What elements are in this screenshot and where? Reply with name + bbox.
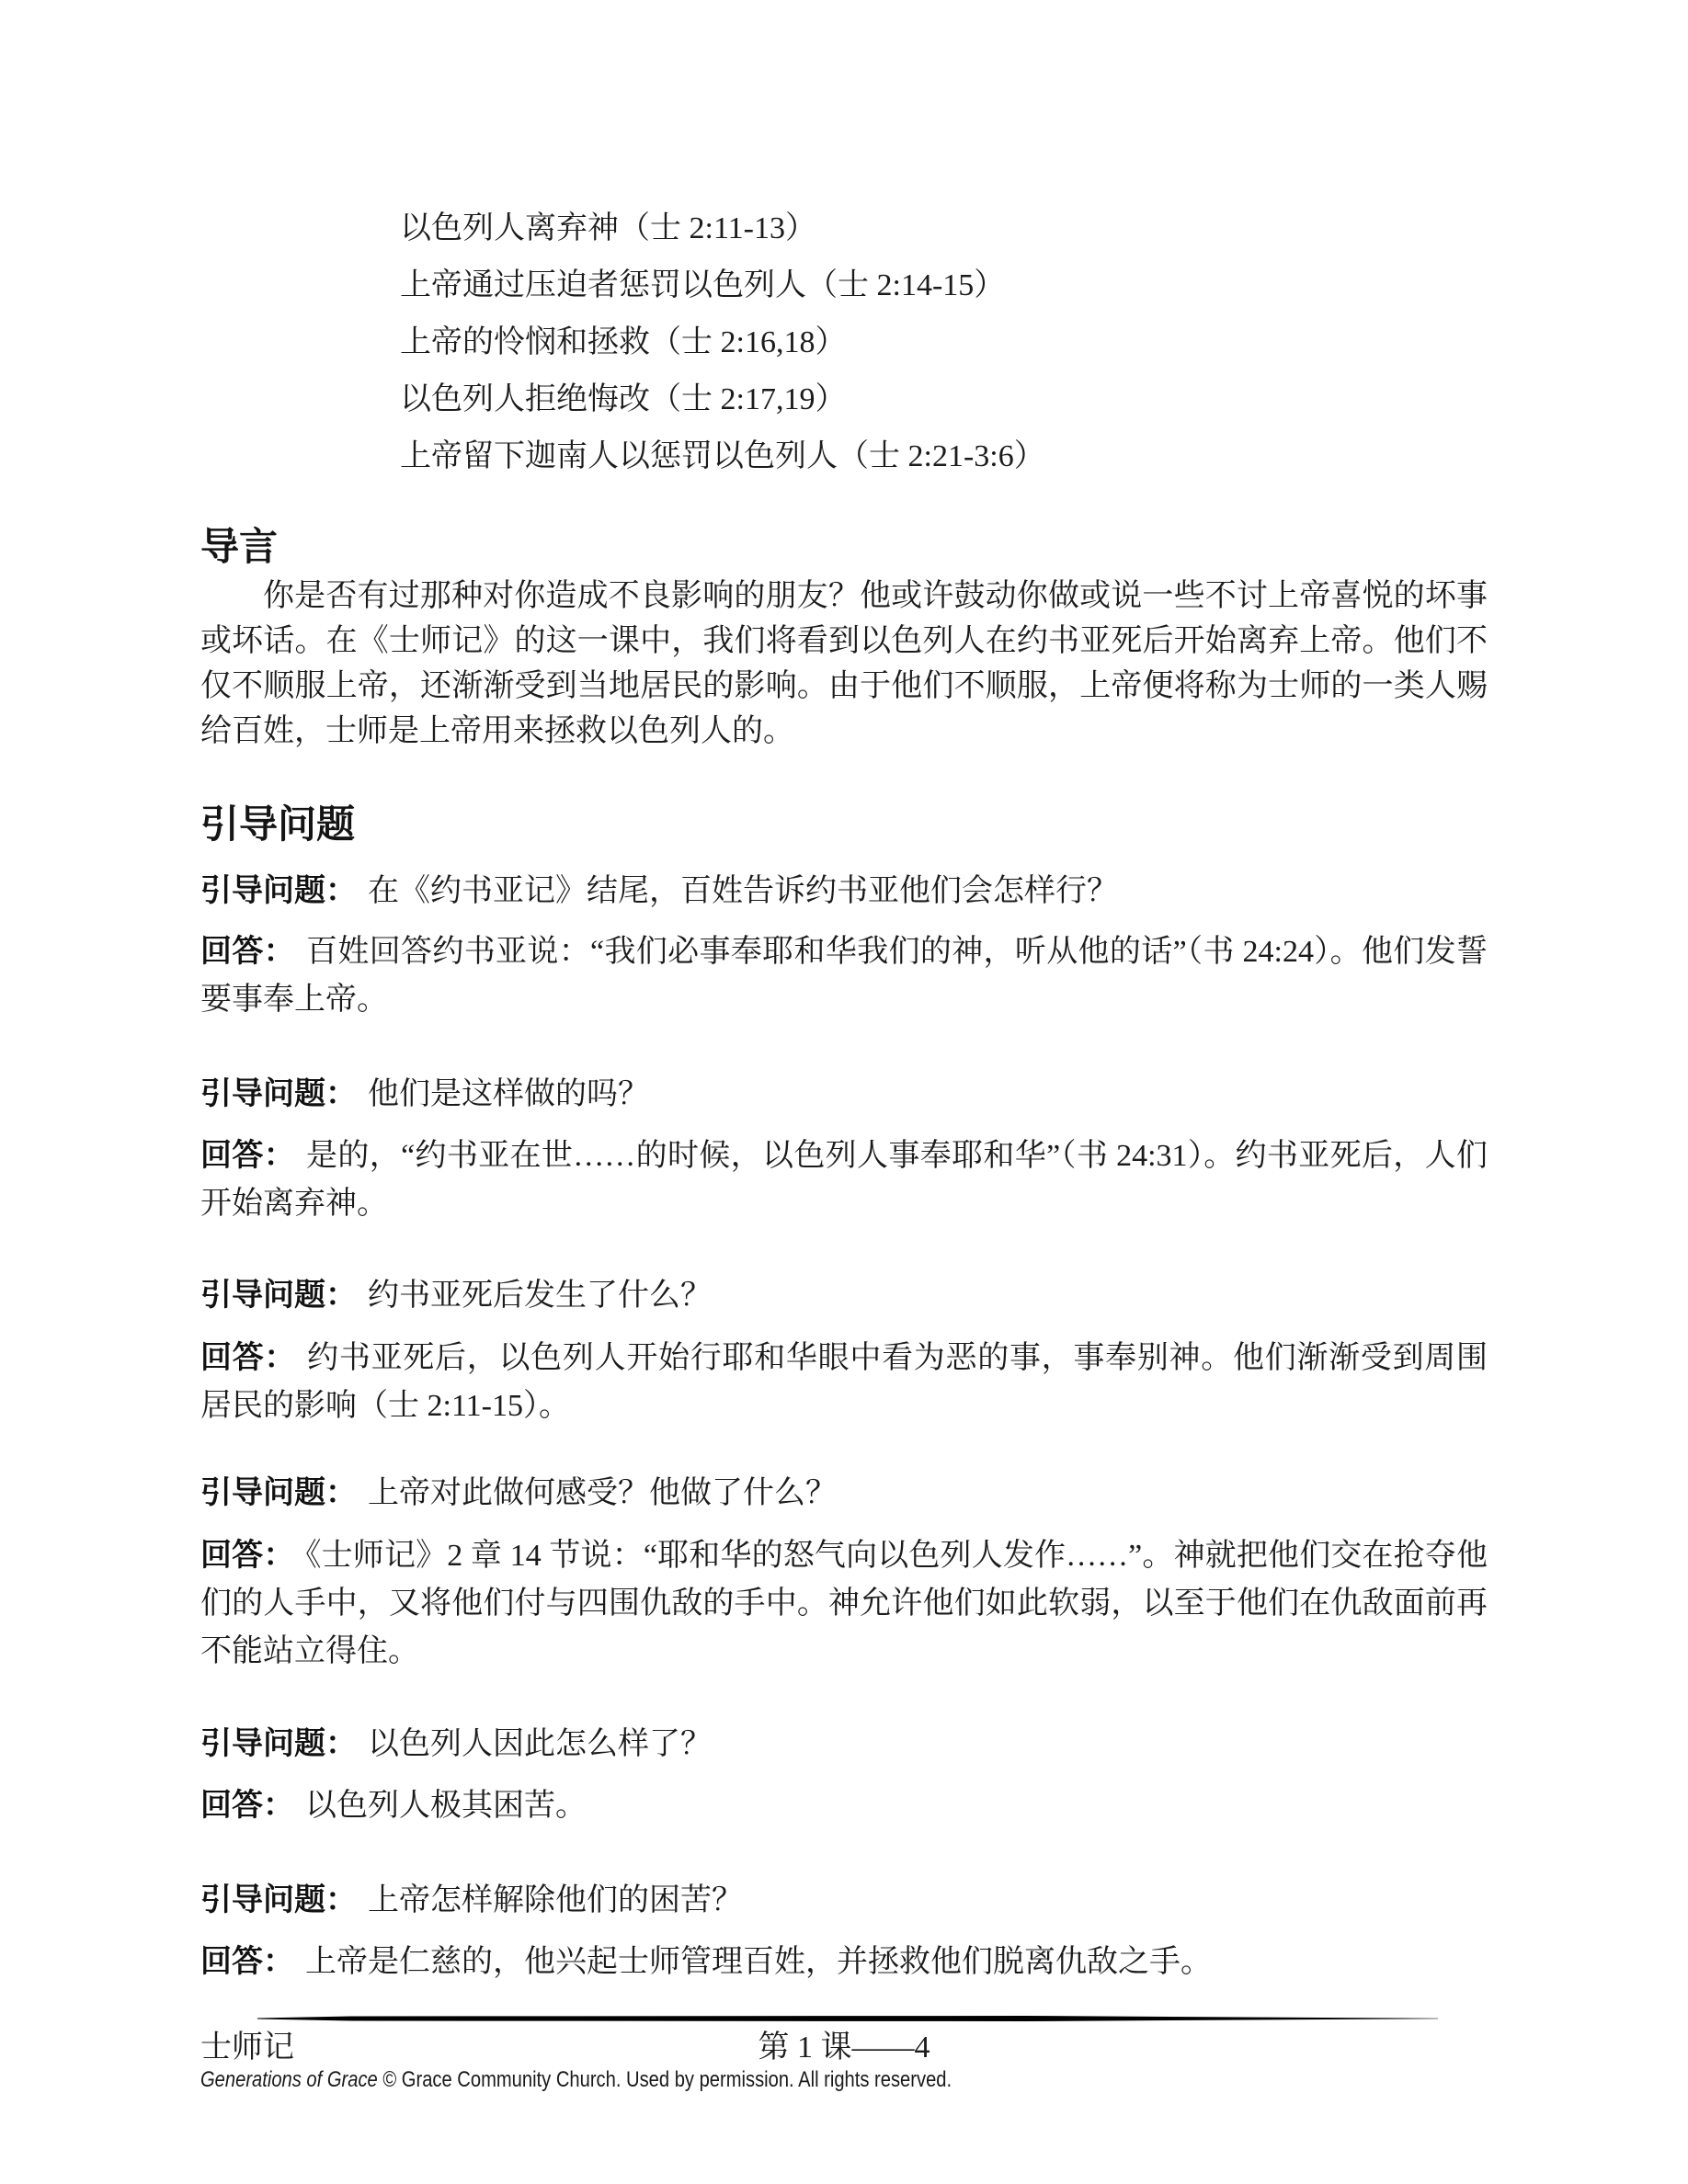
question-text: 以色列人因此怎么样了？ — [368, 1727, 712, 1761]
answer-text: 约书亚死后，以色列人开始行耶和华眼中看为恶的事，事奉别神。他们渐渐受到周围居民的… — [200, 1341, 1488, 1423]
intro-heading: 导言 — [200, 526, 278, 568]
answer-label: 回答： — [200, 1944, 294, 1979]
question-text: 在《约书亚记》结尾，百姓告诉约书亚他们会怎样行？ — [368, 874, 1118, 908]
question-label: 引导问题： — [200, 873, 357, 908]
question-text: 他们是这样做的吗？ — [368, 1077, 649, 1111]
answer-label: 回答： — [200, 1138, 295, 1173]
answer-text: 上帝是仁慈的，他兴起士师管理百姓，并拯救他们脱离仇敌之手。 — [305, 1945, 1212, 1979]
answer-row: 回答：百姓回答约书亚说：“我们必事奉耶和华我们的神，听从他的话”（书 24:24… — [200, 927, 1488, 1024]
intro-paragraph: 你是否有过那种对你造成不良影响的朋友？他或许鼓动你做或说一些不讨上帝喜悦的坏事或… — [200, 574, 1488, 754]
document-page: 以色列人离弃神（士 2:11-13） 上帝通过压迫者惩罚以色列人（士 2:14-… — [0, 0, 1688, 2184]
answer-text: 以色列人极其困苦。 — [305, 1789, 587, 1823]
question-text: 约书亚死后发生了什么？ — [368, 1279, 712, 1313]
question-text: 上帝对此做何感受？他做了什么？ — [368, 1476, 837, 1510]
footer-page-number: 第 1 课——4 — [200, 2030, 1488, 2066]
answer-label: 回答： — [200, 934, 295, 969]
answer-row: 回答：以色列人极其困苦。 — [200, 1781, 1488, 1830]
answer-label: 回答： — [200, 1538, 294, 1573]
question-row: 引导问题：以色列人因此怎么样了？ — [200, 1720, 1488, 1769]
question-row: 引导问题：他们是这样做的吗？ — [200, 1070, 1488, 1119]
answer-row: 回答：约书亚死后，以色列人开始行耶和华眼中看为恶的事，事奉别神。他们渐渐受到周围… — [200, 1334, 1488, 1430]
question-row: 引导问题：在《约书亚记》结尾，百姓告诉约书亚他们会怎样行？ — [200, 867, 1488, 916]
answer-text: 百姓回答约书亚说：“我们必事奉耶和华我们的神，听从他的话”（书 24:24）。他… — [200, 935, 1488, 1017]
question-label: 引导问题： — [200, 1726, 357, 1761]
question-row: 引导问题：上帝对此做何感受？他做了什么？ — [200, 1469, 1488, 1518]
copyright-text: © Grace Community Church. Used by permis… — [378, 2067, 952, 2092]
page-content: 以色列人离弃神（士 2:11-13） 上帝通过压迫者惩罚以色列人（士 2:14-… — [200, 0, 1488, 2184]
answer-text: 《士师记》2 章 14 节说：“耶和华的怒气向以色列人发作……”。神就把他们交在… — [200, 1539, 1488, 1668]
answer-row: 回答：《士师记》2 章 14 节说：“耶和华的怒气向以色列人发作……”。神就把他… — [200, 1531, 1488, 1676]
copyright-line: Generations of Grace © Grace Community C… — [200, 2066, 1282, 2094]
question-row: 引导问题：上帝怎样解除他们的困苦？ — [200, 1876, 1488, 1925]
question-label: 引导问题： — [200, 1278, 357, 1313]
answer-text: 是的，“约书亚在世……的时候，以色列人事奉耶和华”（书 24:31）。约书亚死后… — [200, 1139, 1488, 1221]
question-label: 引导问题： — [200, 1883, 357, 1917]
guiding-questions-heading: 引导问题 — [200, 803, 355, 846]
copyright-series-title: Generations of Grace — [200, 2067, 378, 2092]
outline-item: 以色列人离弃神（士 2:11-13） — [400, 200, 1045, 257]
answer-row: 回答：上帝是仁慈的，他兴起士师管理百姓，并拯救他们脱离仇敌之手。 — [200, 1938, 1488, 1986]
answer-label: 回答： — [200, 1340, 296, 1375]
question-text: 上帝怎样解除他们的困苦？ — [368, 1883, 743, 1917]
outline-item: 以色列人拒绝悔改（士 2:17,19） — [400, 371, 1045, 428]
footer-rule — [257, 2016, 1438, 2021]
question-label: 引导问题： — [200, 1076, 357, 1111]
question-label: 引导问题： — [200, 1475, 357, 1510]
answer-label: 回答： — [200, 1788, 294, 1823]
outline-item: 上帝的怜悯和拯救（士 2:16,18） — [400, 314, 1045, 371]
answer-row: 回答：是的，“约书亚在世……的时候，以色列人事奉耶和华”（书 24:31）。约书… — [200, 1132, 1488, 1228]
outline-item: 上帝留下迦南人以惩罚以色列人（士 2:21-3:6） — [400, 428, 1045, 485]
lesson-outline: 以色列人离弃神（士 2:11-13） 上帝通过压迫者惩罚以色列人（士 2:14-… — [400, 200, 1045, 485]
question-row: 引导问题：约书亚死后发生了什么？ — [200, 1271, 1488, 1320]
outline-item: 上帝通过压迫者惩罚以色列人（士 2:14-15） — [400, 257, 1045, 314]
